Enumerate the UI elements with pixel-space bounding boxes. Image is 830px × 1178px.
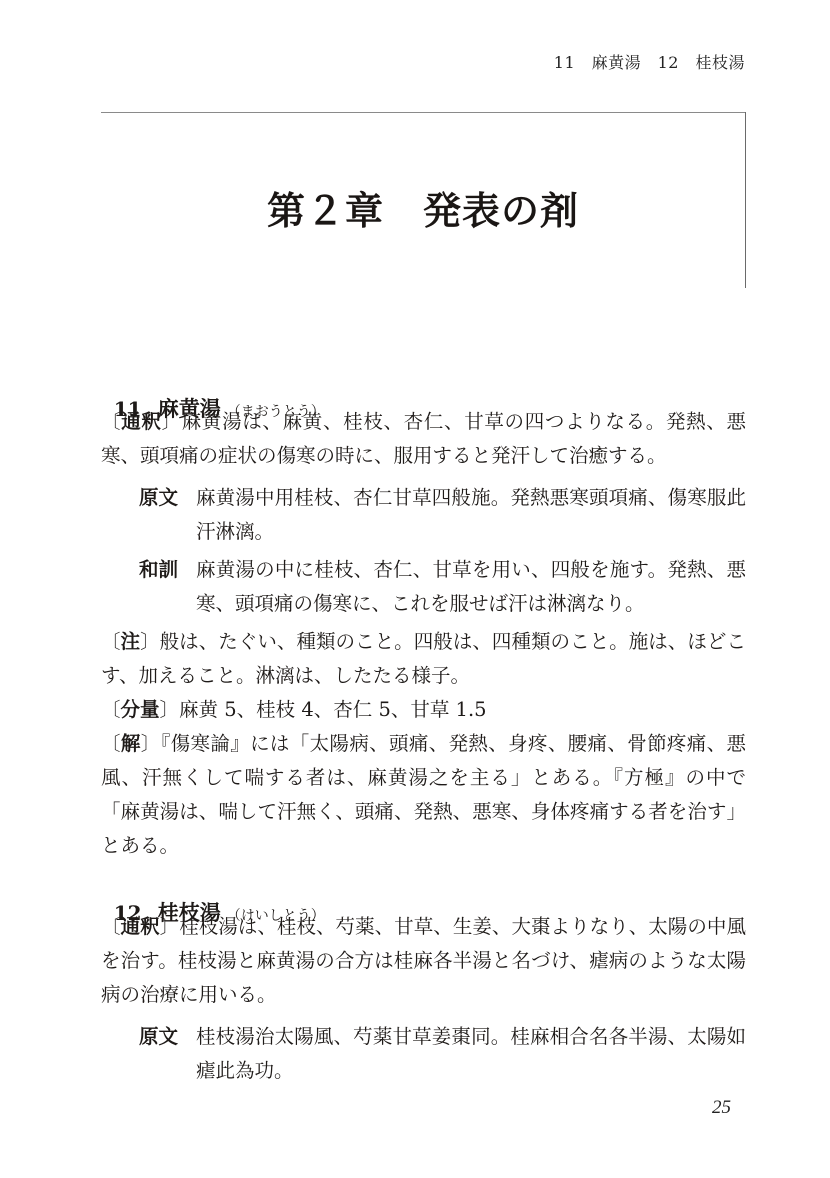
chu-text: 般は、たぐい、種類のこと。四般は、四種類のこと。施は、ほどこす、加えること。淋漓… [101,630,746,687]
bunryo-paragraph: 〔分量〕麻黄 5、桂枝 4、杏仁 5、甘草 1.5 [101,693,746,727]
genbun-text: 麻黄湯中用桂枝、杏仁甘草四般施。発熱悪寒頭項痛、傷寒服此汗淋漓。 [196,486,746,543]
wakun-block: 和訓麻黄湯の中に桂枝、杏仁、甘草を用い、四般を施す。発熱、悪寒、頭項痛の傷寒に、… [101,553,746,621]
running-head: 11 麻黄湯 12 桂枝湯 [554,50,745,73]
wakun-label: 和訓 [139,553,178,587]
tsushaku-label: 〔通釈〕 [101,410,182,433]
kai-text: 『傷寒論』には「太陽病、頭痛、発熱、身疼、腰痛、骨節疼痛、悪風、汗無くして喘する… [101,732,746,857]
tsushaku-paragraph: 〔通釈〕桂枝湯は、桂枝、芍薬、甘草、生姜、大棗よりなり、太陽の中風を治す。桂枝湯… [101,910,746,1012]
chu-paragraph: 〔注〕般は、たぐい、種類のこと。四般は、四種類のこと。施は、ほどこす、加えること… [101,625,746,693]
genbun-block: 原文桂枝湯治太陽風、芍薬甘草姜棗同。桂麻相合名各半湯、太陽如瘧此為功。 [101,1020,746,1088]
tsushaku-text: 桂枝湯は、桂枝、芍薬、甘草、生姜、大棗よりなり、太陽の中風を治す。桂枝湯と麻黄湯… [101,915,746,1006]
tsushaku-paragraph: 〔通釈〕麻黄湯は、麻黄、桂枝、杏仁、甘草の四つよりなる。発熱、悪寒、頭項痛の症状… [101,405,746,473]
kai-paragraph: 〔解〕『傷寒論』には「太陽病、頭痛、発熱、身疼、腰痛、骨節疼痛、悪風、汗無くして… [101,727,746,863]
genbun-text: 桂枝湯治太陽風、芍薬甘草姜棗同。桂麻相合名各半湯、太陽如瘧此為功。 [196,1025,746,1082]
chapter-frame-top-rule [101,112,746,113]
page-number: 25 [712,1097,731,1119]
tsushaku-text: 麻黄湯は、麻黄、桂枝、杏仁、甘草の四つよりなる。発熱、悪寒、頭項痛の症状の傷寒の… [101,410,746,467]
chapter-frame-right-rule [745,112,746,288]
genbun-label: 原文 [139,1020,178,1054]
tsushaku-label: 〔通釈〕 [101,915,179,938]
genbun-block: 原文麻黄湯中用桂枝、杏仁甘草四般施。発熱悪寒頭項痛、傷寒服此汗淋漓。 [101,481,746,549]
kai-label: 〔解〕 [101,732,161,755]
wakun-text: 麻黄湯の中に桂枝、杏仁、甘草を用い、四般を施す。発熱、悪寒、頭項痛の傷寒に、これ… [196,558,746,615]
section-body-11: 〔通釈〕麻黄湯は、麻黄、桂枝、杏仁、甘草の四つよりなる。発熱、悪寒、頭項痛の症状… [101,405,746,863]
chu-label: 〔注〕 [101,630,160,653]
bunryo-label: 〔分量〕 [101,698,179,721]
chapter-title: 第２章 発表の剤 [101,180,745,235]
bunryo-text: 麻黄 5、桂枝 4、杏仁 5、甘草 1.5 [179,698,487,721]
section-body-12: 〔通釈〕桂枝湯は、桂枝、芍薬、甘草、生姜、大棗よりなり、太陽の中風を治す。桂枝湯… [101,910,746,1088]
genbun-label: 原文 [139,481,178,515]
